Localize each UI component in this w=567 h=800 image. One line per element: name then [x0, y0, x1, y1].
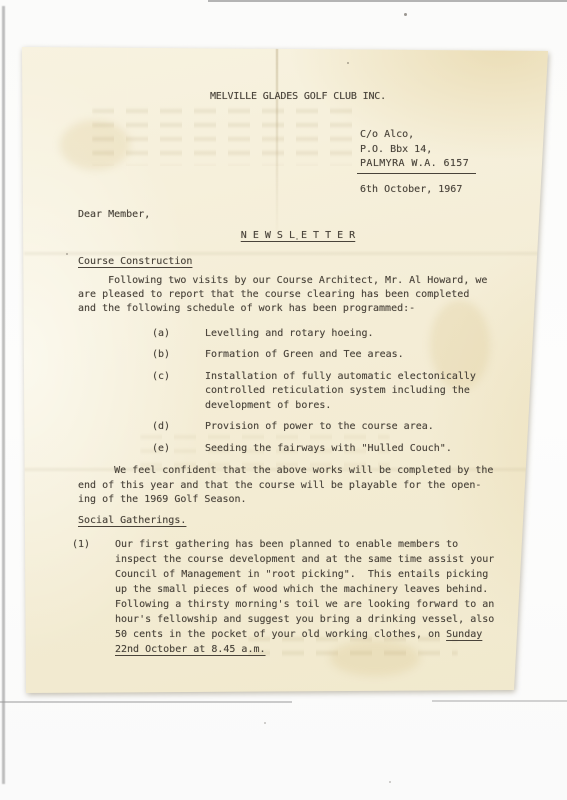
club-name-heading: MELVILLE GLADES GOLF CLUB INC. [78, 90, 518, 104]
list-item-label: (b) [152, 348, 205, 362]
course-construction-outro: We feel confident that the above works w… [78, 464, 518, 507]
salutation: Dear Member, [78, 208, 518, 222]
list-item-text: Formation of Green and Tee areas. [205, 348, 404, 362]
course-construction-intro: Following two visits by our Course Archi… [78, 274, 518, 317]
list-item: (a) Levelling and rotary hoeing. [152, 327, 518, 341]
scanned-letter: MELVILLE GLADES GOLF CLUB INC. C/o Alco,… [0, 0, 567, 800]
list-item-label: (1) [72, 537, 115, 657]
letter-content: MELVILLE GLADES GOLF CLUB INC. C/o Alco,… [78, 0, 518, 657]
address-line-suburb: PALMYRA W.A. 6157 [360, 157, 518, 174]
list-item-text: Levelling and rotary hoeing. [205, 327, 374, 341]
list-item-text: Installation of fully automatic electoni… [205, 370, 476, 413]
underlined-date-part-1: Sunday [446, 629, 482, 640]
dust-speck [389, 781, 391, 783]
item-text-lines: Our first gathering has been planned to … [115, 539, 494, 640]
list-item-text: Seeding the fairways with "Hulled Couch"… [205, 442, 452, 456]
list-item-label: (a) [152, 327, 205, 341]
letter-date: 6th October, 1967 [360, 183, 518, 197]
address-line: C/o Alco, [360, 128, 518, 142]
list-item: (b) Formation of Green and Tee areas. [152, 348, 518, 362]
address-block: C/o Alco, P.O. Bbx 14, PALMYRA W.A. 6157 [360, 128, 518, 173]
list-item-text: Our first gathering has been planned to … [115, 537, 494, 657]
section-heading-course-construction: Course Construction [78, 255, 518, 269]
section-heading-social-gatherings: Social Gatherings. [78, 514, 518, 528]
address-line: P.O. Bbx 14, [360, 143, 518, 157]
list-item-label: (c) [152, 370, 205, 413]
list-item: (c) Installation of fully automatic elec… [152, 370, 518, 413]
work-schedule-list: (a) Levelling and rotary hoeing. (b) For… [78, 327, 518, 457]
dust-speck [264, 722, 266, 724]
list-item-label: (e) [152, 442, 205, 456]
list-item-label: (d) [152, 420, 205, 434]
list-item: (e) Seeding the fairways with "Hulled Co… [152, 442, 518, 456]
underlined-date-part-2: 22nd October at 8.45 a.m. [115, 644, 266, 655]
newsletter-title: N E W S L E T T E R [78, 229, 518, 243]
list-item-text: Provision of power to the course area. [205, 420, 434, 434]
list-item: (d) Provision of power to the course are… [152, 420, 518, 434]
dust-speck [66, 253, 68, 255]
social-gathering-item-1: (1) Our first gathering has been planned… [78, 537, 518, 657]
